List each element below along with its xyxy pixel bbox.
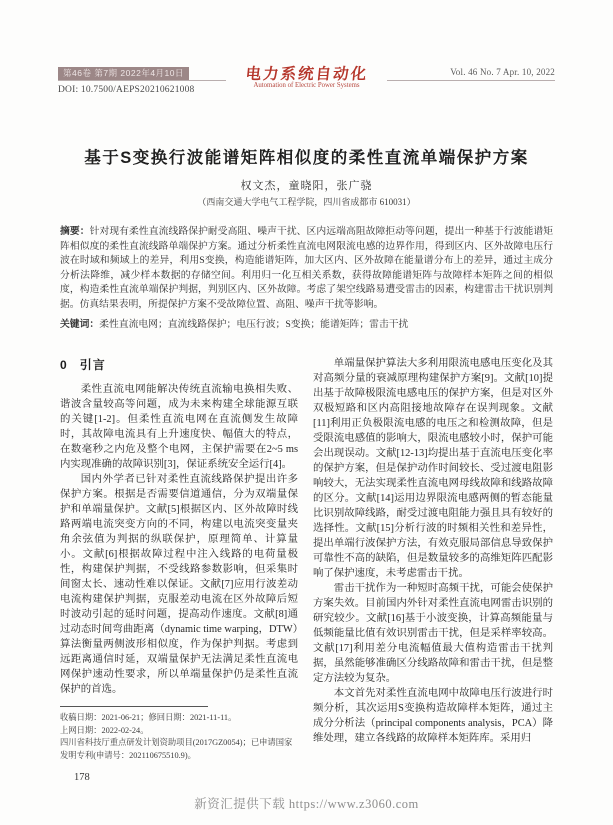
section-number: 0 bbox=[60, 358, 68, 372]
abstract-text: 针对现有柔性直流线路保护耐受高阻、噪声干扰、区内远端高阻故障拒动等问题，提出一种… bbox=[60, 226, 553, 310]
body-paragraph: 柔性直流电网能解决传统直流输电换相失败、谐波含量较高等问题，成为未来构建全球能源… bbox=[60, 382, 298, 472]
footnote-online-date: 上网日期：2022-02-24。 bbox=[60, 725, 298, 738]
abstract-paragraph: 摘要：针对现有柔性直流线路保护耐受高阻、噪声干扰、区内远端高阻故障拒动等问题，提… bbox=[60, 225, 553, 313]
keywords-label: 关键词： bbox=[60, 319, 99, 330]
journal-logo-cn: 电力系统自动化 bbox=[244, 62, 369, 84]
abstract-block: 摘要：针对现有柔性直流线路保护耐受高阻、噪声干扰、区内远端高阻故障拒动等问题，提… bbox=[60, 225, 553, 332]
body-columns: 0引言 柔性直流电网能解决传统直流输电换相失败、谐波含量较高等问题，成为未来构建… bbox=[60, 356, 553, 762]
watermark-text: 新资汇提供下载 https://www.z3060.com bbox=[0, 794, 613, 812]
header-divider-right bbox=[387, 80, 555, 81]
body-paragraph: 单端量保护算法大多利用限流电感电压变化及其对高频分量的衰减原理构建保护方案[9]… bbox=[313, 356, 553, 581]
journal-header: 第46卷 第7期 2022年4月10日 DOI: 10.7500/AEPS202… bbox=[58, 64, 555, 112]
footnote-dates: 收稿日期：2021-06-21；修回日期：2021-11-11。 bbox=[60, 712, 298, 725]
abstract-label: 摘要： bbox=[60, 226, 90, 237]
affiliation-line: （西南交通大学电气工程学院，四川省成都市 610031） bbox=[0, 195, 613, 208]
footnote-block: 收稿日期：2021-06-21；修回日期：2021-11-11。 上网日期：20… bbox=[60, 706, 298, 762]
section-heading-intro: 0引言 bbox=[60, 358, 298, 373]
footnote-rule bbox=[60, 706, 208, 707]
left-column: 0引言 柔性直流电网能解决传统直流输电换相失败、谐波含量较高等问题，成为未来构建… bbox=[60, 356, 298, 762]
right-column: 单端量保护算法大多利用限流电感电压变化及其对高频分量的衰减原理构建保护方案[9]… bbox=[313, 356, 553, 762]
volume-info-en: Vol. 46 No. 7 Apr. 10, 2022 bbox=[450, 67, 555, 77]
body-paragraph: 雷击干扰作为一种短时高频干扰，可能会使保护方案失效。目前国内外针对柔性直流电网雷… bbox=[313, 581, 553, 686]
footnote-funding: 四川省科技厅重点研发计划资助项目(2017GZ0054)；已申请国家发明专利(申… bbox=[60, 737, 298, 762]
keywords-text: 柔性直流电网；直流线路保护；电压行波；S变换；能谱矩阵；雷击干扰 bbox=[99, 319, 408, 330]
body-paragraph: 本文首先对柔性直流电网中故障电压行波进行时频分析，其次运用S变换构造故障样本矩阵… bbox=[313, 686, 553, 746]
journal-logo-en: Automation of Electric Power Systems bbox=[253, 82, 359, 89]
page-number: 178 bbox=[74, 772, 90, 783]
body-paragraph: 国内外学者已针对柔性直流线路保护提出许多保护方案。根据是否需要信道通信，分为双端… bbox=[60, 472, 298, 697]
header-divider-left bbox=[58, 80, 226, 81]
doi-text: DOI: 10.7500/AEPS20210621008 bbox=[58, 85, 195, 95]
issue-info-box: 第46卷 第7期 2022年4月10日 bbox=[58, 67, 189, 80]
paper-title: 基于S变换行波能谱矩阵相似度的柔性直流单端保护方案 bbox=[0, 144, 613, 168]
paper-page: 第46卷 第7期 2022年4月10日 DOI: 10.7500/AEPS202… bbox=[0, 0, 613, 825]
section-title: 引言 bbox=[80, 358, 106, 372]
authors-line: 权文杰，童晓阳，张广骁 bbox=[0, 177, 613, 193]
keywords-line: 关键词：柔性直流电网；直流线路保护；电压行波；S变换；能谱矩阵；雷击干扰 bbox=[60, 318, 553, 333]
